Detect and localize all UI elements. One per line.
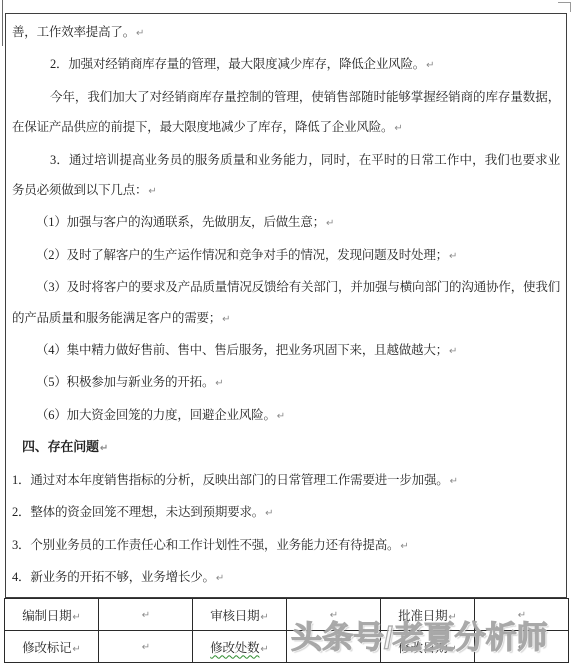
- paragraph-mark-icon: ↵: [425, 60, 434, 71]
- paragraph-text: （1）加强与客户的沟通联系，先做朋友，后做生意；: [36, 215, 325, 229]
- paragraph-mark-icon: ↵: [325, 218, 334, 229]
- paragraph: 善，工作效率提高了。↵: [12, 17, 560, 49]
- table-cell-label: 编制日期: [22, 609, 71, 623]
- paragraph-text: 3．个别业务员的工作责任心和工作计划性不强，业务能力还有待提高。: [12, 538, 399, 552]
- paragraph-mark-icon: ↵: [259, 612, 268, 623]
- page-boundary-mark-top-left: [2, 0, 3, 46]
- paragraph-mark-icon: ↵: [141, 610, 150, 621]
- paragraph: （4）集中精力做好售前、售中、售后服务，把业务巩固下来，且越做越大；↵: [12, 335, 560, 367]
- paragraph-text: （6）加大资金回笼的力度，回避企业风险。: [36, 408, 276, 422]
- table-cell-empty: ↵: [287, 599, 381, 631]
- table-cell: 修改日期↵: [381, 631, 475, 663]
- paragraph-mark-icon: ↵: [135, 28, 144, 39]
- paragraph: 2．整体的资金回笼不理想，未达到预期要求。↵: [12, 497, 560, 529]
- page-boundary-mark-top-right: [558, 2, 571, 12]
- paragraph: 1．通过对本年度销售指标的分析，反映出部门的日常管理工作需要进一步加强。↵: [12, 465, 560, 497]
- paragraph-mark-icon: ↵: [99, 443, 108, 454]
- paragraph-mark-icon: ↵: [448, 346, 457, 357]
- paragraph: 3．个别业务员的工作责任心和工作计划性不强，业务能力还有待提高。↵: [12, 530, 560, 562]
- paragraph-text: 善，工作效率提高了。: [12, 25, 135, 39]
- paragraph: （5）积极参加与新业务的开拓。↵: [12, 367, 560, 399]
- section-heading: 四、存在问题↵: [12, 432, 560, 464]
- paragraph: （1）加强与客户的沟通联系，先做朋友，后做生意；↵: [12, 207, 560, 239]
- paragraph-mark-icon: ↵: [276, 411, 285, 422]
- paragraph: 2．加强对经销商库存量的管理，最大限度减少库存，降低企业风险。↵: [12, 49, 560, 81]
- table-cell-empty: ↵: [99, 631, 193, 663]
- paragraph-mark-icon: ↵: [329, 642, 338, 653]
- document-body: 善，工作效率提高了。↵2．加强对经销商库存量的管理，最大限度减少库存，降低企业风…: [5, 13, 567, 598]
- table-cell-label: 批准日期: [398, 609, 447, 623]
- paragraph-text: 今年，我们加大了对经销商库存量控制的管理，使销售部随时能够掌握经销商的库存量数据…: [12, 90, 560, 134]
- paragraph-text: （2）及时了解客户的生产运作情况和竞争对手的情况，发现问题及时处理；: [36, 248, 448, 262]
- paragraph-mark-icon: ↵: [71, 644, 80, 655]
- revision-info-table: 编制日期↵↵审核日期↵↵批准日期↵↵修改标记↵↵修改处数↵↵修改日期↵↵: [4, 598, 569, 663]
- paragraph-mark-icon: ↵: [399, 541, 408, 552]
- table-row: 修改标记↵↵修改处数↵↵修改日期↵↵: [5, 631, 569, 663]
- paragraph-text: （3）及时将客户的要求及产品质量情况反馈给有关部门，并加强与横向部门的沟通协作，…: [12, 280, 560, 324]
- paragraph-mark-icon: ↵: [517, 610, 526, 621]
- table-cell: 修改处数↵: [193, 631, 287, 663]
- paragraph-mark-icon: ↵: [517, 642, 526, 653]
- paragraph-mark-icon: ↵: [259, 644, 268, 655]
- paragraph-text: 3．通过培训提高业务员的服务质量和业务能力，同时，在平时的日常工作中，我们也要求…: [12, 153, 560, 197]
- paragraph: 4．新业务的开拓不够，业务增长少。↵: [12, 562, 560, 594]
- paragraph-mark-icon: ↵: [449, 476, 458, 487]
- paragraph-mark-icon: ↵: [71, 612, 80, 623]
- paragraph-mark-icon: ↵: [393, 123, 402, 134]
- document-page: 善，工作效率提高了。↵2．加强对经销商库存量的管理，最大限度减少库存，降低企业风…: [0, 0, 574, 666]
- table-cell-label: 审核日期: [210, 609, 259, 623]
- table-cell-label: 修改标记: [22, 641, 71, 655]
- paragraph-text: 4．新业务的开拓不够，业务增长少。: [12, 570, 215, 584]
- paragraph-text: 2．整体的资金回笼不理想，未达到预期要求。: [12, 505, 264, 519]
- paragraph-mark-icon: ↵: [447, 612, 456, 623]
- paragraph-text: 2．加强对经销商库存量的管理，最大限度减少库存，降低企业风险。: [50, 57, 425, 71]
- paragraph-mark-icon: ↵: [329, 610, 338, 621]
- paragraph-mark-icon: ↵: [141, 642, 150, 653]
- paragraph: （6）加大资金回笼的力度，回避企业风险。↵: [12, 400, 560, 432]
- table-cell-empty: ↵: [475, 631, 569, 663]
- paragraph-text: 1．通过对本年度销售指标的分析，反映出部门的日常管理工作需要进一步加强。: [12, 473, 449, 487]
- table-cell: 审核日期↵: [193, 599, 287, 631]
- paragraph-mark-icon: ↵: [264, 508, 273, 519]
- table-cell-empty: ↵: [99, 599, 193, 631]
- paragraph-mark-icon: ↵: [215, 573, 224, 584]
- table-cell: 编制日期↵: [5, 599, 99, 631]
- table-cell-label: 修改日期: [398, 641, 447, 655]
- paragraph: （3）及时将客户的要求及产品质量情况反馈给有关部门，并加强与横向部门的沟通协作，…: [12, 272, 560, 335]
- paragraph-text: （5）积极参加与新业务的开拓。: [36, 375, 214, 389]
- paragraph-mark-icon: ↵: [447, 644, 456, 655]
- paragraph: （2）及时了解客户的生产运作情况和竞争对手的情况，发现问题及时处理；↵: [12, 240, 560, 272]
- table-cell: 批准日期↵: [381, 599, 475, 631]
- table-row: 编制日期↵↵审核日期↵↵批准日期↵↵: [5, 599, 569, 631]
- paragraph: 今年，我们加大了对经销商库存量控制的管理，使销售部随时能够掌握经销商的库存量数据…: [12, 82, 560, 145]
- paragraph-text: （4）集中精力做好售前、售中、售后服务，把业务巩固下来，且越做越大；: [36, 343, 448, 357]
- table-cell-label: 修改处数: [210, 641, 259, 655]
- table-cell-empty: ↵: [475, 599, 569, 631]
- paragraph-mark-icon: ↵: [448, 251, 457, 262]
- table-cell-empty: ↵: [287, 631, 381, 663]
- paragraph-text: 四、存在问题: [22, 439, 99, 454]
- paragraph-mark-icon: ↵: [147, 186, 156, 197]
- paragraph-mark-icon: ↵: [214, 378, 223, 389]
- table-cell: 修改标记↵: [5, 631, 99, 663]
- paragraph-mark-icon: ↵: [221, 314, 230, 325]
- paragraph: 3．通过培训提高业务员的服务质量和业务能力，同时，在平时的日常工作中，我们也要求…: [12, 145, 560, 208]
